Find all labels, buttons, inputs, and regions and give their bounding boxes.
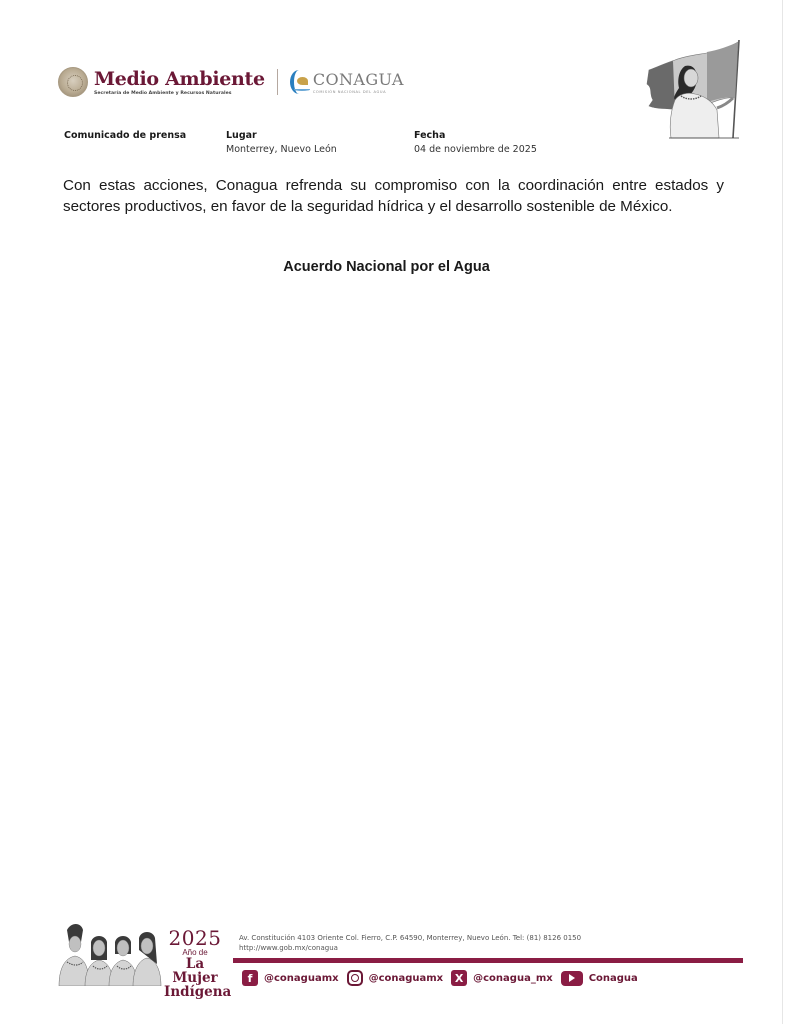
social-instagram[interactable]: @conaguamx	[347, 970, 444, 986]
conagua-logo: CONAGUA COMISIÓN NACIONAL DEL AGUA	[313, 71, 404, 94]
press-release-label: Comunicado de prensa	[64, 129, 186, 143]
instagram-handle: @conaguamx	[369, 973, 444, 984]
logo-separator	[277, 69, 278, 95]
conagua-title: CONAGUA	[313, 71, 404, 89]
year-line-2: Indígena	[164, 985, 226, 999]
woman-with-flag-illustration	[645, 36, 745, 140]
x-icon: X	[451, 970, 467, 986]
year-line-1: La Mujer	[164, 957, 226, 985]
social-facebook[interactable]: f @conaguamx	[242, 970, 339, 986]
youtube-icon	[561, 971, 583, 986]
place-block: Lugar Monterrey, Nuevo León	[226, 129, 337, 157]
youtube-handle: Conagua	[589, 973, 638, 984]
medio-ambiente-title: Medio Ambiente	[94, 69, 265, 89]
page-edge	[782, 0, 783, 1024]
medio-ambiente-subtitle: Secretaría de Medio Ambiente y Recursos …	[94, 91, 265, 96]
medio-ambiente-logo: Medio Ambiente Secretaría de Medio Ambie…	[94, 69, 265, 96]
body-paragraph: Con estas acciones, Conagua refrenda su …	[63, 175, 724, 217]
place-label: Lugar	[226, 129, 337, 143]
date-label: Fecha	[414, 129, 537, 143]
date-block: Fecha 04 de noviembre de 2025	[414, 129, 537, 157]
social-x[interactable]: X @conagua_mx	[451, 970, 553, 986]
facebook-handle: @conaguamx	[264, 973, 339, 984]
place-value: Monterrey, Nuevo León	[226, 143, 337, 157]
year-number: 2025	[164, 928, 226, 948]
facebook-icon: f	[242, 970, 258, 986]
header-logos: Medio Ambiente Secretaría de Medio Ambie…	[58, 64, 404, 100]
x-handle: @conagua_mx	[473, 973, 553, 984]
social-links: f @conaguamx @conaguamx X @conagua_mx Co…	[242, 970, 646, 986]
conagua-mark-icon	[288, 68, 310, 96]
press-release-label-block: Comunicado de prensa	[64, 129, 186, 143]
mexico-seal-icon	[58, 67, 88, 97]
conagua-subtitle: COMISIÓN NACIONAL DEL AGUA	[313, 90, 404, 94]
social-youtube[interactable]: Conagua	[561, 971, 638, 986]
indigenous-women-illustration	[55, 920, 165, 986]
footer-address-block: Av. Constitución 4103 Oriente Col. Fierr…	[239, 933, 581, 953]
instagram-icon	[347, 970, 363, 986]
section-title: Acuerdo Nacional por el Agua	[0, 259, 773, 275]
footer-divider-bar	[233, 958, 743, 963]
year-of-indigenous-women-logo: 2025 Año de La Mujer Indígena	[164, 928, 226, 999]
footer-url[interactable]: http://www.gob.mx/conagua	[239, 943, 581, 953]
date-value: 04 de noviembre de 2025	[414, 143, 537, 157]
footer-address: Av. Constitución 4103 Oriente Col. Fierr…	[239, 933, 581, 943]
